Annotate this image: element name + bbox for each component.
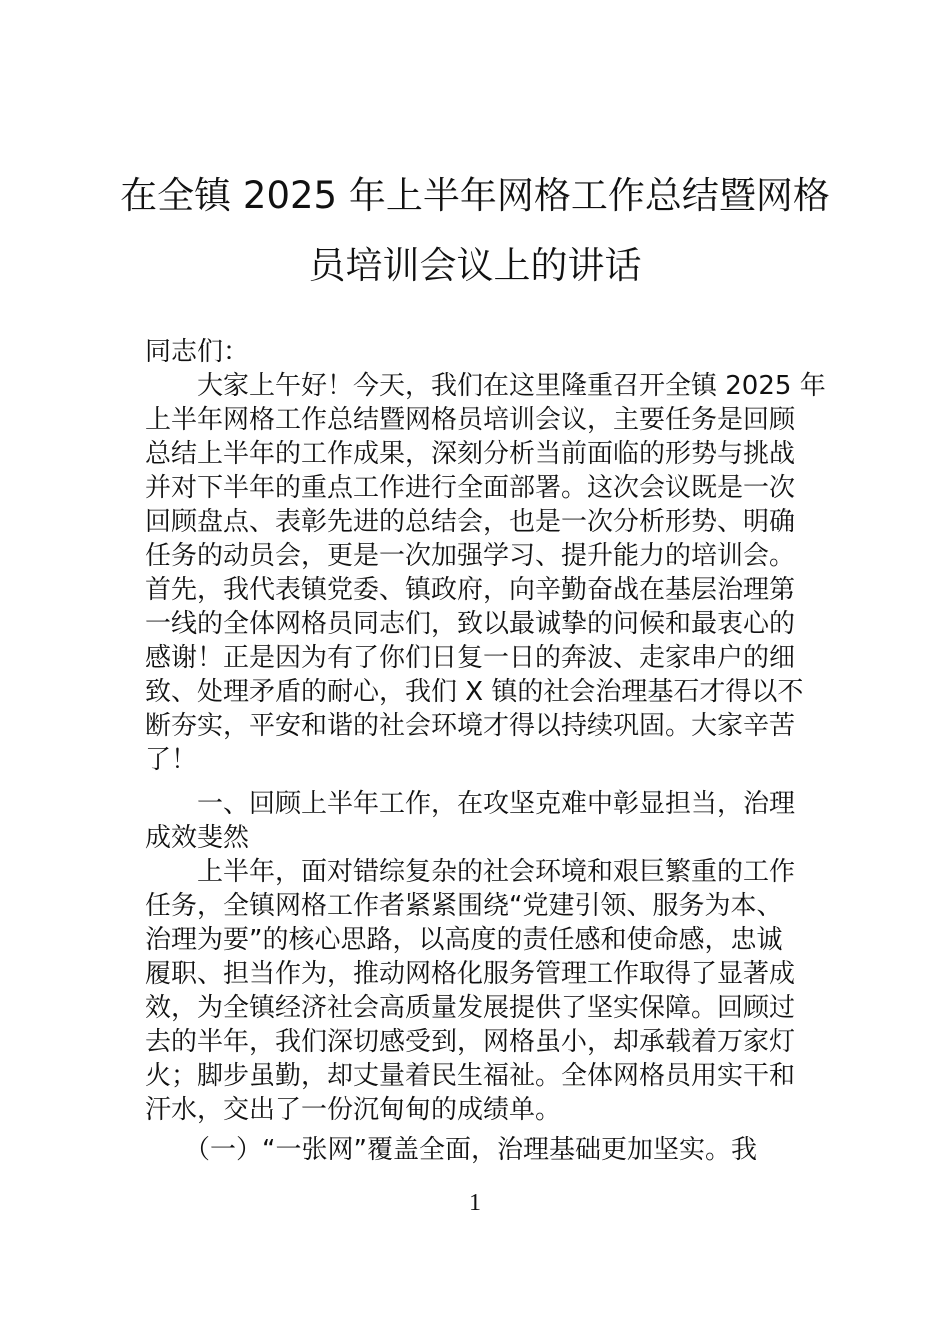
- body-line: 感谢！正是因为有了你们日复一日的奔波、走家串户的细: [145, 641, 825, 675]
- salutation: 同志们：: [145, 335, 825, 369]
- body-line: 总结上半年的工作成果，深刻分析当前面临的形势与挑战: [145, 437, 825, 471]
- body-line: 治理为要”的核心思路，以高度的责任感和使命感，忠诚: [145, 923, 825, 957]
- body-line: 了！: [145, 743, 825, 777]
- body-line: 上半年，面对错综复杂的社会环境和艰巨繁重的工作: [145, 855, 825, 889]
- document-title-line-1: 在全镇 2025 年上半年网格工作总结暨网格: [0, 174, 950, 218]
- body-line: 大家上午好！今天，我们在这里隆重召开全镇 2025 年: [145, 369, 825, 403]
- document-page: 在全镇 2025 年上半年网格工作总结暨网格 员培训会议上的讲话 同志们： 大家…: [0, 0, 950, 1344]
- body-line: 并对下半年的重点工作进行全面部署。这次会议既是一次: [145, 471, 825, 505]
- body-line: 任务，全镇网格工作者紧紧围绕“党建引领、服务为本、: [145, 889, 825, 923]
- body-line: 去的半年，我们深切感受到，网格虽小，却承载着万家灯: [145, 1025, 825, 1059]
- body-line: 致、处理矛盾的耐心，我们 X 镇的社会治理基石才得以不: [145, 675, 825, 709]
- body-line: 任务的动员会，更是一次加强学习、提升能力的培训会。: [145, 539, 825, 573]
- body-line: 上半年网格工作总结暨网格员培训会议，主要任务是回顾: [145, 403, 825, 437]
- body-line: 火；脚步虽勤，却丈量着民生福祉。全体网格员用实干和: [145, 1059, 825, 1093]
- body-line: 首先，我代表镇党委、镇政府，向辛勤奋战在基层治理第: [145, 573, 825, 607]
- body-line: 效，为全镇经济社会高质量发展提供了坚实保障。回顾过: [145, 991, 825, 1025]
- body-line: 履职、担当作为，推动网格化服务管理工作取得了显著成: [145, 957, 825, 991]
- body-line: 回顾盘点、表彰先进的总结会，也是一次分析形势、明确: [145, 505, 825, 539]
- document-title-line-2: 员培训会议上的讲话: [0, 244, 950, 288]
- body-line: 一线的全体网格员同志们，致以最诚挚的问候和最衷心的: [145, 607, 825, 641]
- page-number: 1: [0, 1188, 950, 1218]
- body-line: 汗水，交出了一份沉甸甸的成绩单。: [145, 1093, 825, 1127]
- body-line: 断夯实，平安和谐的社会环境才得以持续巩固。大家辛苦: [145, 709, 825, 743]
- subsection-heading-line: （一）“一张网”覆盖全面，治理基础更加坚实。我: [145, 1133, 825, 1167]
- section-heading-line: 一、回顾上半年工作，在攻坚克难中彰显担当，治理: [145, 787, 825, 821]
- section-heading-line: 成效斐然: [145, 821, 825, 855]
